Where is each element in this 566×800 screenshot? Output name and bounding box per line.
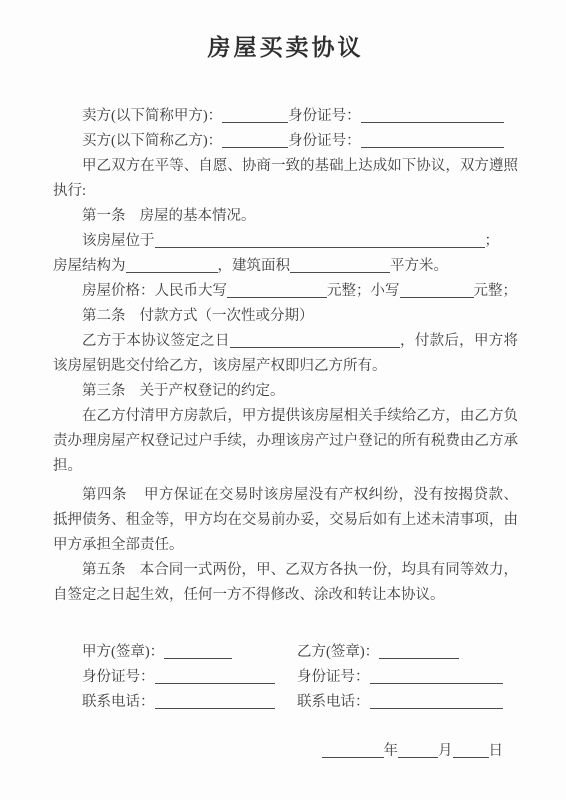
clause5: 第五条本合同一式两份，甲、乙双方各执一份，均具有同等效力，自签定之日起生效，任何… bbox=[53, 558, 518, 608]
date-month-blank bbox=[398, 743, 438, 758]
signature-block: 甲方(签章)： 乙方(签章)： 身份证号： 身份证号： 联系电话： 联系电话： bbox=[53, 640, 518, 715]
party-a-phone-blank bbox=[155, 694, 275, 709]
buyer-label: 买方(以下简称乙方)： bbox=[82, 133, 222, 149]
house-location-blank bbox=[155, 233, 485, 248]
price-end: 元整； bbox=[474, 283, 518, 299]
date-month-label: 月 bbox=[438, 743, 453, 759]
clause4: 第四条甲方保证在交易时该房屋没有产权纠纷，没有按揭贷款、抵押债务、租金等，甲方均… bbox=[53, 483, 518, 558]
clause1-location-line: 该房屋位于； bbox=[53, 229, 518, 254]
party-a-id-label: 身份证号： bbox=[82, 669, 155, 685]
clause1-number: 第一条 bbox=[82, 208, 126, 224]
clause3-heading: 第三条关于产权登记的约定。 bbox=[53, 379, 518, 404]
date-year-blank bbox=[322, 743, 384, 758]
price-label: 房屋价格：人民币大写 bbox=[82, 283, 227, 299]
buyer-line: 买方(以下简称乙方)：身份证号： bbox=[53, 129, 518, 154]
document-title: 房屋买卖协议 bbox=[53, 32, 518, 64]
clause2-body: 乙方于本协议签定之日，付款后，甲方将该房屋钥匙交付给乙方，该房屋产权即归乙方所有… bbox=[53, 329, 518, 379]
contract-page: 房屋买卖协议 卖方(以下简称甲方)：身份证号： 买方(以下简称乙方)：身份证号：… bbox=[0, 0, 566, 800]
party-a-id: 身份证号： bbox=[82, 665, 297, 690]
clause5-number: 第五条 bbox=[82, 562, 126, 578]
signature-seal-row: 甲方(签章)： 乙方(签章)： bbox=[82, 640, 518, 665]
date-day-label: 日 bbox=[489, 743, 504, 759]
party-b-id-label: 身份证号： bbox=[297, 669, 370, 685]
buyer-name-blank bbox=[222, 133, 288, 148]
party-b-phone: 联系电话： bbox=[297, 690, 518, 715]
house-structure-blank bbox=[126, 258, 218, 273]
clause3-body: 在乙方付清甲方房款后，甲方提供该房屋相关手续给乙方，由乙方负责办理房屋产权登记过… bbox=[53, 404, 518, 479]
party-a-seal: 甲方(签章)： bbox=[82, 640, 297, 665]
clause1-structure-line: 房屋结构为，建筑面积平方米。 bbox=[53, 254, 518, 279]
seller-id-label: 身份证号： bbox=[288, 108, 361, 124]
payment-date-label: 乙方于本协议签定之日 bbox=[82, 333, 230, 349]
signature-phone-row: 联系电话： 联系电话： bbox=[82, 690, 518, 715]
clause1-heading: 第一条房屋的基本情况。 bbox=[53, 204, 518, 229]
structure-label: 房屋结构为 bbox=[53, 258, 126, 274]
party-b-seal: 乙方(签章)： bbox=[297, 640, 518, 665]
clause2-title: 付款方式（一次性或分期） bbox=[140, 308, 314, 324]
clause2-number: 第二条 bbox=[82, 308, 126, 324]
clause3-number: 第三条 bbox=[82, 383, 126, 399]
party-b-phone-blank bbox=[370, 694, 503, 709]
location-label: 该房屋位于 bbox=[82, 233, 155, 249]
buyer-id-blank bbox=[361, 133, 504, 148]
preamble: 甲乙双方在平等、自愿、协商一致的基础上达成如下协议，双方遵照执行: bbox=[53, 154, 518, 204]
payment-date-blank bbox=[230, 333, 400, 348]
party-a-phone: 联系电话： bbox=[82, 690, 297, 715]
party-b-phone-label: 联系电话： bbox=[297, 694, 370, 710]
date-line: 年月日 bbox=[53, 739, 518, 764]
signature-id-row: 身份证号： 身份证号： bbox=[82, 665, 518, 690]
party-a-id-blank bbox=[155, 669, 275, 684]
clause1-price-line: 房屋价格：人民币大写元整；小写元整； bbox=[53, 279, 518, 304]
building-area-blank bbox=[290, 258, 390, 273]
party-b-id: 身份证号： bbox=[297, 665, 518, 690]
seller-name-blank bbox=[222, 108, 288, 123]
price-capital-blank bbox=[227, 283, 327, 298]
area-unit: 平方米。 bbox=[390, 258, 448, 274]
area-label: ，建筑面积 bbox=[218, 258, 291, 274]
clause4-number: 第四条 bbox=[82, 487, 127, 503]
buyer-id-label: 身份证号： bbox=[288, 133, 361, 149]
clause2-heading: 第二条付款方式（一次性或分期） bbox=[53, 304, 518, 329]
party-a-seal-label: 甲方(签章)： bbox=[82, 644, 164, 660]
price-mid: 元整；小写 bbox=[327, 283, 400, 299]
party-a-phone-label: 联系电话： bbox=[82, 694, 155, 710]
party-a-seal-blank bbox=[164, 644, 232, 659]
location-end: ； bbox=[485, 233, 500, 249]
price-numeric-blank bbox=[400, 283, 474, 298]
seller-label: 卖方(以下简称甲方)： bbox=[82, 108, 222, 124]
clause3-title: 关于产权登记的约定。 bbox=[140, 383, 285, 399]
seller-line: 卖方(以下简称甲方)：身份证号： bbox=[53, 104, 518, 129]
date-year-label: 年 bbox=[384, 743, 399, 759]
party-b-seal-label: 乙方(签章)： bbox=[297, 644, 379, 660]
party-b-id-blank bbox=[370, 669, 503, 684]
seller-id-blank bbox=[361, 108, 504, 123]
clause1-title: 房屋的基本情况。 bbox=[140, 208, 256, 224]
party-b-seal-blank bbox=[379, 644, 459, 659]
date-day-blank bbox=[453, 743, 489, 758]
